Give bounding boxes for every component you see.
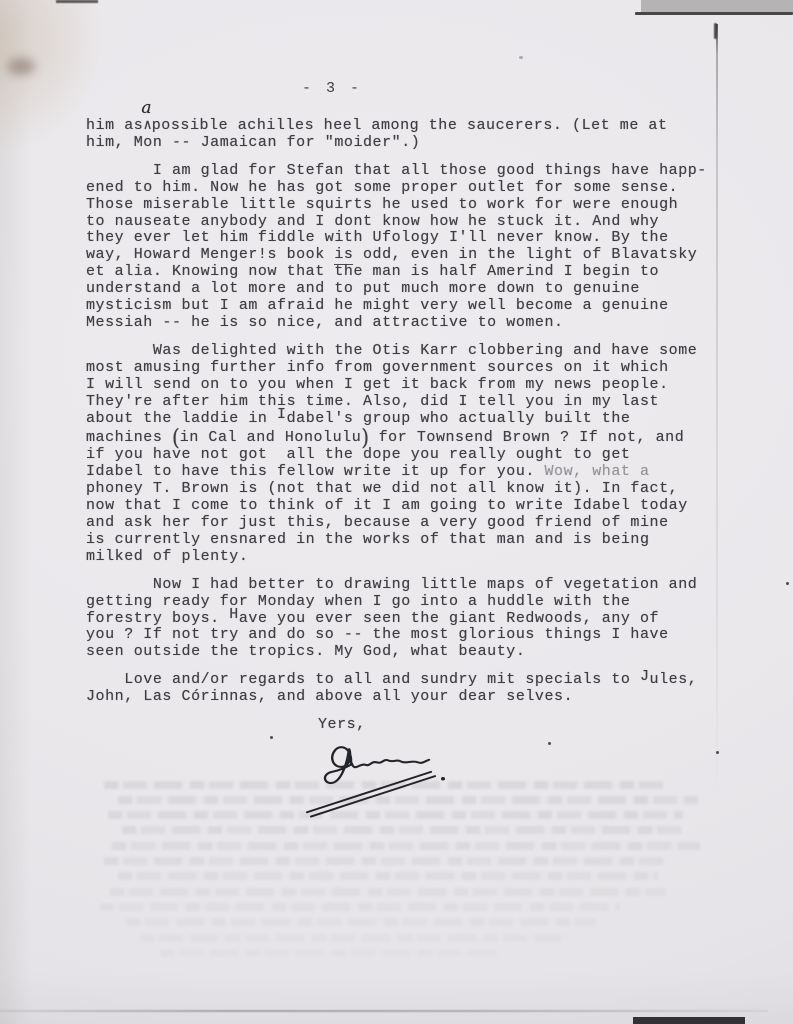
letter-paragraph: Love and/or regards to all and sundry mi… xyxy=(86,672,736,706)
text-run: dabel's group who actually built the xyxy=(287,410,631,427)
typed-line: forestry boys. Have you ever seen the gi… xyxy=(86,611,736,628)
ink-speck xyxy=(786,582,789,585)
caret-icon: ∧ xyxy=(143,118,151,134)
letter-paragraph: Was delighted with the Otis Karr clobber… xyxy=(86,343,736,566)
text-run: ave you ever seen the giant Redwoods, an… xyxy=(239,610,659,627)
corner-smudge xyxy=(7,58,35,75)
text-run: Idabel to have this fellow write it up f… xyxy=(86,463,544,480)
typed-line: is currently ensnared in the works of th… xyxy=(86,532,736,549)
typed-line: Those miserable little squirts he used t… xyxy=(86,197,736,214)
ink-speck xyxy=(519,56,523,59)
typed-line: phoney T. Brown is (not that we did not … xyxy=(86,481,736,498)
overlapping-page-edge-line xyxy=(635,12,793,15)
hand-drawn-paren: ) xyxy=(361,426,369,448)
typed-line: machines (in Cal and Honolulu) for Towns… xyxy=(86,427,736,447)
typed-line: ened to him. Now he has got some proper … xyxy=(86,180,736,197)
ghost-line xyxy=(118,872,658,880)
typed-line: and ask her for just this, because a ver… xyxy=(86,515,736,532)
text-run: him as xyxy=(86,117,143,134)
hand-drawn-paren: ( xyxy=(172,426,180,448)
ghost-line xyxy=(104,857,669,865)
typed-line: understand a lot more and to put much mo… xyxy=(86,281,736,298)
typed-line: to nauseate anybody and I dont know how … xyxy=(86,214,736,231)
typed-line: I am glad for Stefan that all those good… xyxy=(86,163,736,180)
ghost-line xyxy=(112,842,700,850)
typed-line: seen outside the tropics. My God, what b… xyxy=(86,644,736,661)
signature xyxy=(294,734,474,820)
typed-line: him, Mon -- Jamaican for "moider".) xyxy=(86,135,736,152)
ghost-line xyxy=(122,826,682,834)
top-edge-mark xyxy=(56,0,98,3)
ghost-line xyxy=(140,934,570,942)
faint-text: Wow, what a xyxy=(544,463,649,480)
typed-line: Idabel to have this fellow write it up f… xyxy=(86,464,736,481)
typed-line: you ? If not try and do so -- the most g… xyxy=(86,627,736,644)
text-run: Love and/or regards to all and sundry mi… xyxy=(86,671,640,688)
typed-line: milked of plenty. xyxy=(86,549,736,566)
text-run: for Townsend Brown ? If not, and xyxy=(369,429,684,446)
text-run: way, Howard Menger!s book xyxy=(86,246,334,263)
typed-line: et alia. Knowing now that the man is hal… xyxy=(86,264,736,281)
typed-line: John, Las Córinnas, and above all your d… xyxy=(86,689,736,706)
ghost-line xyxy=(100,903,620,911)
typed-line: I will send on to you when I get it back… xyxy=(86,377,736,394)
typed-line: Now I had better to drawing little maps … xyxy=(86,577,736,594)
typed-line: if you have not got all the dope you rea… xyxy=(86,447,736,464)
handwritten-letter: a xyxy=(141,100,151,117)
typed-line: about the laddie in Idabel's group who a… xyxy=(86,411,736,428)
ghost-line xyxy=(126,918,596,926)
letter-paragraph: Now I had better to drawing little maps … xyxy=(86,577,736,662)
typed-line: mysticism but I am afraid he might very … xyxy=(86,298,736,315)
raised-letter: I xyxy=(277,406,287,423)
typed-line: getting ready for Monday when I go into … xyxy=(86,594,736,611)
text-run: about the laddie in xyxy=(86,410,277,427)
typed-line: most amusing further info from governmen… xyxy=(86,360,736,377)
bottom-right-dark-block xyxy=(633,1017,745,1024)
letter-paragraph: I am glad for Stefan that all those good… xyxy=(86,163,736,332)
typed-line: they ever let him fiddle with Ufology I'… xyxy=(86,230,736,247)
letter-body: him as∧apossible achilles heel among the… xyxy=(86,118,736,820)
typed-line: way, Howard Menger!s book is odd, even i… xyxy=(86,247,736,264)
raised-letter: H xyxy=(229,606,239,623)
valediction: Yers, xyxy=(318,717,736,734)
text-run: machines xyxy=(86,429,172,446)
typed-line: Was delighted with the Otis Karr clobber… xyxy=(86,343,736,360)
signature-period xyxy=(441,777,445,780)
typed-line: now that I come to think of it I am goin… xyxy=(86,498,736,515)
underlined-word: is xyxy=(334,246,353,265)
paragraphs-container: him as∧apossible achilles heel among the… xyxy=(86,118,736,706)
ghost-line xyxy=(110,888,666,896)
letter-paragraph: him as∧apossible achilles heel among the… xyxy=(86,118,736,152)
raised-letter: J xyxy=(640,668,650,685)
ghost-line xyxy=(160,949,500,957)
text-run: in Cal and Honolulu xyxy=(180,429,361,446)
signature-scrawl-ivan xyxy=(294,734,474,820)
text-run: ules, xyxy=(650,671,698,688)
text-run: possible achilles heel among the saucere… xyxy=(152,117,668,134)
scanned-letter-page: - 3 - him as∧apossible achilles heel amo… xyxy=(0,0,793,1024)
page-number: - 3 - xyxy=(302,80,362,97)
typed-line: Love and/or regards to all and sundry mi… xyxy=(86,672,736,689)
typed-line: Messiah -- he is so nice, and attractive… xyxy=(86,315,736,332)
handwritten-caret-insert: ∧a xyxy=(143,117,151,134)
bottom-crease-line xyxy=(0,1010,768,1012)
text-run: forestry boys. xyxy=(86,610,229,627)
typed-line: him as∧apossible achilles heel among the… xyxy=(86,118,736,135)
text-run: odd, even in the light of Blavatsky xyxy=(353,246,697,263)
typed-line: They're after him this time. Also, did I… xyxy=(86,394,736,411)
